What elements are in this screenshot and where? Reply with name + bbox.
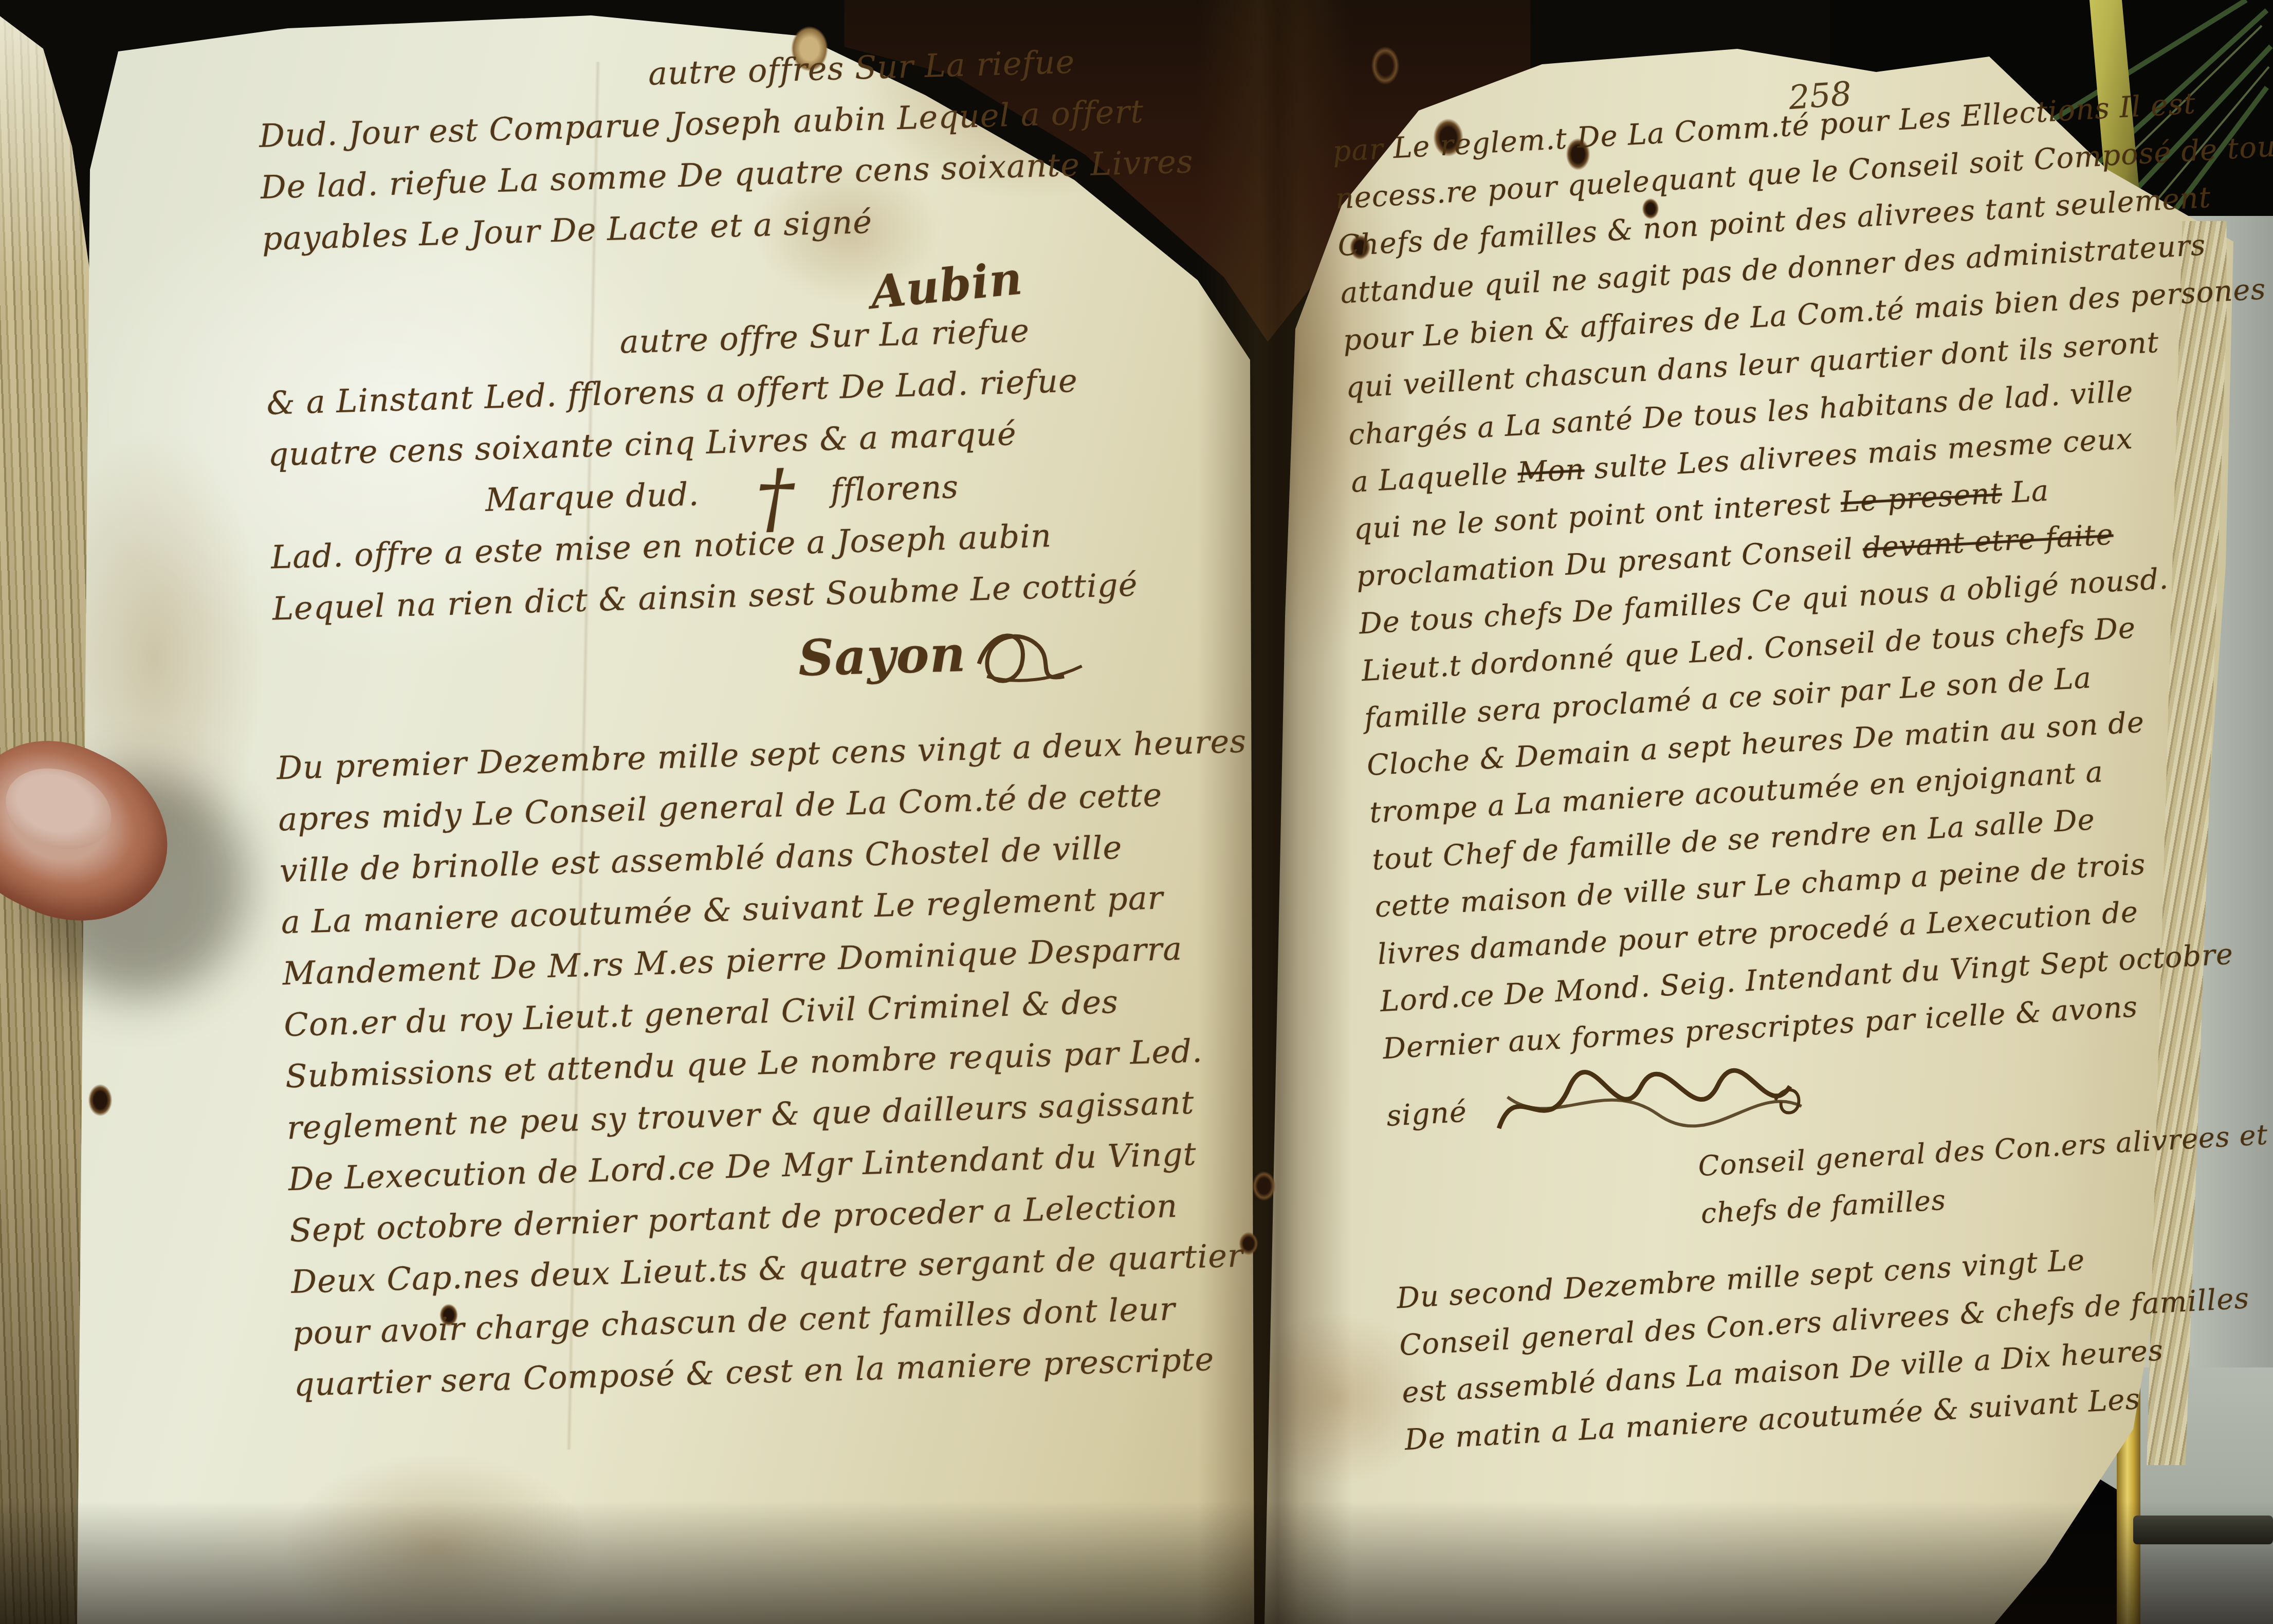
struck-word: Le present bbox=[1840, 477, 2003, 519]
line-part: La bbox=[2001, 474, 2050, 510]
marque-text: Marque dud. bbox=[485, 475, 700, 519]
right-page-text: par Le reglem.t De La Comm.té pour Les E… bbox=[1331, 76, 2273, 1464]
signe-label: signé bbox=[1385, 1088, 1469, 1140]
manuscript-photo: autre offres Sur La riefue Dud. Jour est… bbox=[0, 0, 2273, 1624]
left-page-text: autre offres Sur La riefue Dud. Jour est… bbox=[257, 31, 1302, 1411]
struck-word: Mon bbox=[1517, 453, 1586, 490]
thumb-nail bbox=[0, 755, 122, 862]
marque-text: fflorens bbox=[830, 468, 959, 509]
sayon-signature: Sayon bbox=[797, 621, 967, 692]
line-part: a Laquelle bbox=[1350, 457, 1519, 499]
worm-hole bbox=[85, 1080, 116, 1121]
sayon-paraph-flourish bbox=[970, 612, 1090, 687]
struck-word: devant etre faite bbox=[1862, 518, 2114, 565]
worm-hole bbox=[1367, 41, 1403, 90]
bottom-shadow bbox=[0, 1501, 2273, 1624]
